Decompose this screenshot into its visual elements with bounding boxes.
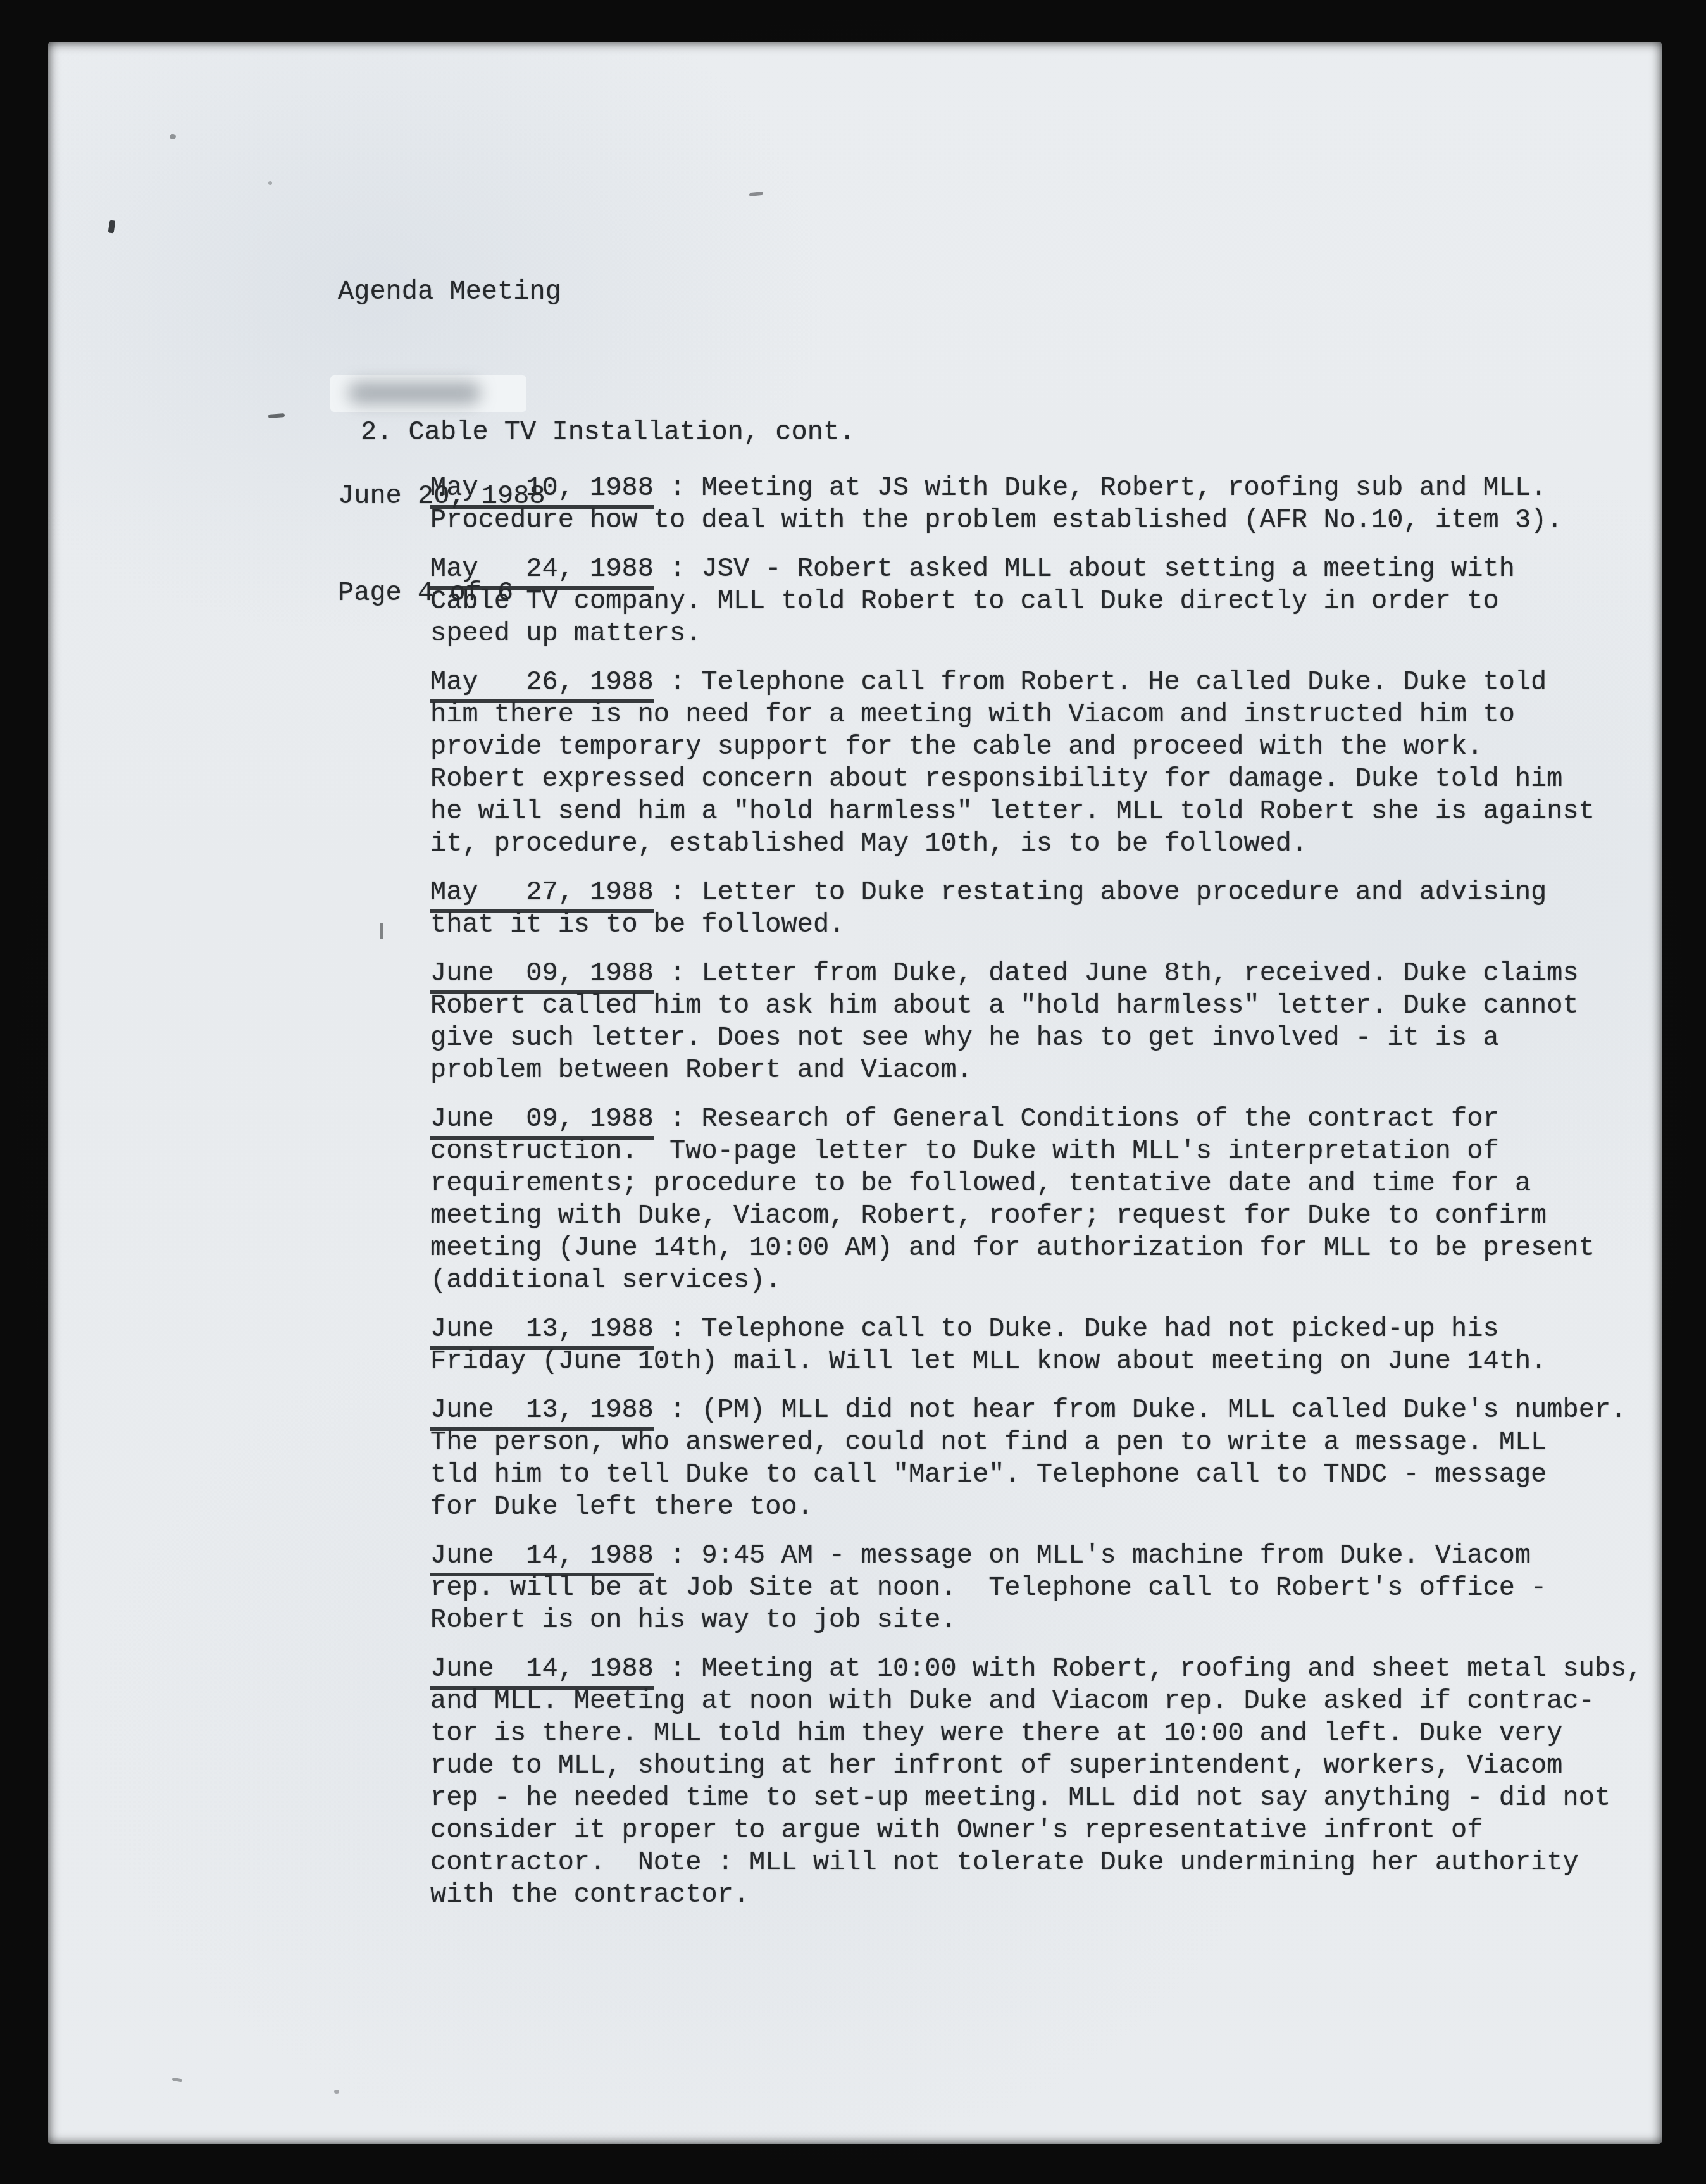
log-entry: May 26, 1988 : Telephone call from Rober… [430,666,1643,860]
scan-artifact [170,134,176,139]
scanned-document-screenshot: { "colors": { "scanner_background": "#0b… [0,0,1706,2184]
scan-artifact [268,181,272,185]
entry-separator: : [654,877,702,908]
entry-separator: : [654,1314,702,1344]
redacted-name-blur [330,375,526,412]
entry-date: May 10, 1988 [430,473,654,509]
document-title: Agenda Meeting [338,276,561,308]
entry-separator: : [654,1540,702,1571]
entry-date: June 09, 1988 [430,1104,654,1140]
entry-separator: : [654,1395,702,1425]
entry-date: May 24, 1988 [430,554,654,590]
document-page: Agenda Meeting June 20, 1988 Page 4 of 6… [48,42,1662,2144]
log-entry: June 14, 1988 : Meeting at 10:00 with Ro… [430,1653,1643,1911]
entry-date: June 13, 1988 [430,1314,654,1350]
log-entry: May 27, 1988 : Letter to Duke restating … [430,877,1643,941]
log-entry: June 09, 1988 : Research of General Cond… [430,1103,1643,1297]
redaction-smudge [348,382,481,404]
scan-artifact [108,220,116,233]
entry-separator: : [654,667,702,697]
scan-artifact [172,2078,183,2083]
log-entry: June 13, 1988 : Telephone call to Duke. … [430,1313,1643,1378]
log-entry: June 13, 1988 : (PM) MLL did not hear fr… [430,1394,1643,1523]
entry-list: May 10, 1988 : Meeting at JS with Duke, … [430,472,1643,1928]
scan-artifact [380,923,383,939]
entry-separator: : [654,1104,702,1134]
section-heading: 2. Cable TV Installation, cont. [361,416,855,449]
scan-artifact [749,192,763,196]
entry-date: June 14, 1988 [430,1654,654,1690]
entry-separator: : [654,1654,702,1684]
scan-artifact [334,2090,339,2094]
entry-date: May 26, 1988 [430,667,654,703]
entry-date: June 14, 1988 [430,1540,654,1576]
entry-separator: : [654,554,702,584]
entry-text: Meeting at 10:00 with Robert, roofing an… [430,1654,1643,1910]
log-entry: May 10, 1988 : Meeting at JS with Duke, … [430,472,1643,537]
entry-date: June 13, 1988 [430,1395,654,1431]
entry-separator: : [654,473,702,503]
entry-separator: : [654,958,702,989]
log-entry: June 09, 1988 : Letter from Duke, dated … [430,958,1643,1087]
log-entry: May 24, 1988 : JSV - Robert asked MLL ab… [430,553,1643,650]
entry-date: June 09, 1988 [430,958,654,994]
entry-date: May 27, 1988 [430,877,654,913]
log-entry: June 14, 1988 : 9:45 AM - message on MLL… [430,1540,1643,1637]
scan-artifact [268,413,285,418]
